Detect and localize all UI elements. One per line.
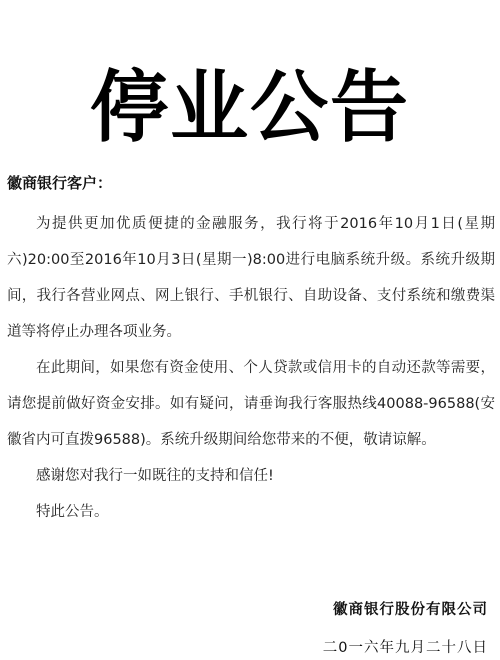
- paragraph-text: 为提供更加优质便捷的金融服务，我行将于2016年10月1日(星期六)20:00至…: [7, 206, 495, 350]
- paragraph-thanks: 感谢您对我行一如既往的支持和信任!: [7, 458, 495, 494]
- signature-organization: 徽商银行股份有限公司: [333, 599, 488, 621]
- paragraph-text: 感谢您对我行一如既往的支持和信任!: [7, 458, 495, 494]
- paragraph-text: 特此公告。: [7, 494, 495, 530]
- paragraph-arrangements: 在此期间，如果您有资金使用、个人贷款或信用卡的自动还款等需要，请您提前做好资金安…: [7, 350, 495, 458]
- paragraph-text: 在此期间，如果您有资金使用、个人贷款或信用卡的自动还款等需要，请您提前做好资金安…: [7, 350, 495, 458]
- salutation: 徽商银行客户：: [7, 172, 112, 194]
- paragraph-upgrade-schedule: 为提供更加优质便捷的金融服务，我行将于2016年10月1日(星期六)20:00至…: [7, 206, 495, 350]
- notice-title: 停业公告: [0, 60, 500, 156]
- signature-date: 二0一六年九月二十八日: [323, 637, 488, 659]
- paragraph-closing: 特此公告。: [7, 494, 495, 530]
